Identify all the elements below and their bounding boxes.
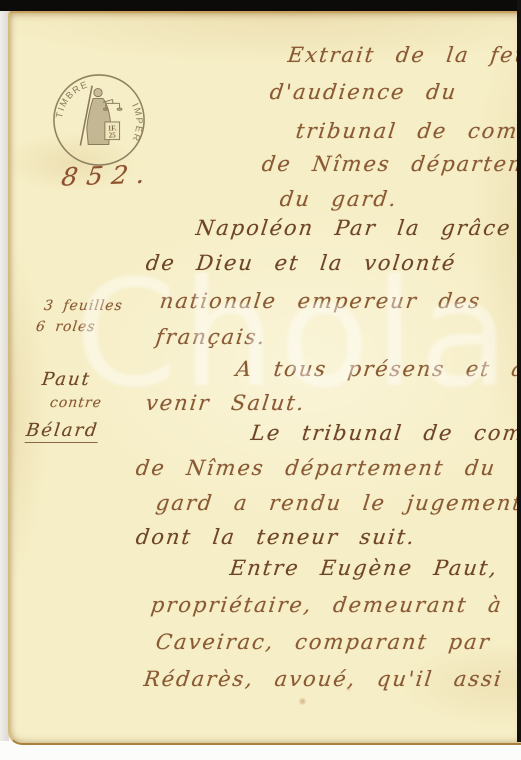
stamp-denomination-top: 1F. xyxy=(108,125,117,132)
manuscript-paper: TIMBRE IMPERIAL 1F. 25 xyxy=(8,11,521,745)
margin-note-plaintiff: Paut xyxy=(41,369,92,390)
manuscript-line: de Nîmes département du xyxy=(135,456,498,480)
margin-note-versus: contre xyxy=(49,395,103,411)
margin-note-sheets: 3 feuilles xyxy=(43,298,124,314)
manuscript-line: français. xyxy=(155,325,268,349)
margin-note-defendant: Bélard xyxy=(25,420,100,443)
manuscript-line: dont la teneur suit. xyxy=(135,525,418,549)
manuscript-line: de Dieu et la volonté xyxy=(145,251,458,275)
scan-background-top xyxy=(0,0,521,11)
margin-note-roles: 6 roles xyxy=(35,319,96,335)
manuscript-line: Le tribunal de commerce xyxy=(250,421,521,445)
stamp-denomination-tablet: 1F. 25 xyxy=(105,122,120,140)
manuscript-line: venir Salut. xyxy=(145,391,307,415)
manuscript-line: Caveirac, comparant par xyxy=(155,630,493,654)
stamp-denomination-bottom: 25 xyxy=(109,133,116,140)
manuscript-line: gard a rendu le jugement xyxy=(155,491,521,515)
scanned-document: TIMBRE IMPERIAL 1F. 25 xyxy=(0,0,521,760)
manuscript-line: tribunal de commerce xyxy=(295,119,521,143)
manuscript-line: nationale empereur des xyxy=(159,289,483,313)
manuscript-line: du gard. xyxy=(279,187,400,211)
manuscript-line: Extrait de la feuille xyxy=(287,43,521,67)
manuscript-line: propriétaire, demeurant à xyxy=(150,593,505,617)
manuscript-line: de Nîmes département xyxy=(261,152,521,176)
manuscript-line: A tous présens et à xyxy=(235,357,521,381)
manuscript-line: d'audience du xyxy=(269,80,459,104)
scan-background-right xyxy=(517,0,521,742)
manuscript-line: Rédarès, avoué, qu'il assi xyxy=(143,667,505,691)
manuscript-line: Napoléon Par la grâce xyxy=(195,216,513,240)
registry-number: 852. xyxy=(60,159,156,191)
imperial-timbre-stamp: TIMBRE IMPERIAL 1F. 25 xyxy=(50,71,148,169)
manuscript-line: Entre Eugène Paut, xyxy=(229,556,500,580)
